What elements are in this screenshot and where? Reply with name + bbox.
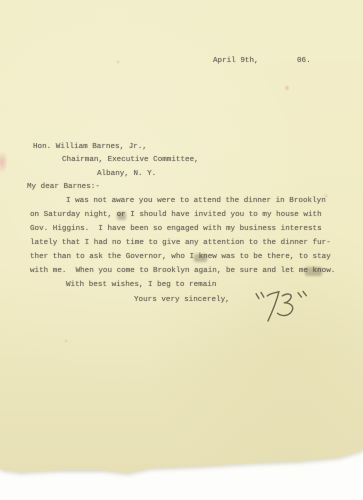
ink-smudge [194,254,207,262]
signature-glyph [251,284,312,328]
body-line: ther than to ask the Governor, who I kne… [30,254,331,262]
ink-smudge [117,212,126,220]
salutation: My dear Barnes:- [27,184,100,192]
closing-line: Yours very sincerely, [134,297,230,305]
body-line: with me. When you come to Brooklyn again… [30,268,335,276]
paper-shadow-wrap: April 9th, 06. Hon. William Barnes, Jr.,… [0,0,363,500]
scanned-letter-page: April 9th, 06. Hon. William Barnes, Jr.,… [0,0,363,500]
body-line: Gov. Higgins. I have been so engaged wit… [30,226,322,234]
ink-smudge [305,267,322,276]
letter-paper: April 9th, 06. Hon. William Barnes, Jr.,… [0,0,363,476]
recipient-name: Hon. William Barnes, Jr., [33,144,147,152]
recipient-city: Albany, N. Y. [97,171,156,179]
body-line: on Saturday night, or I should have invi… [30,212,322,220]
recipient-title: Chairman, Executive Committee, [62,157,199,165]
signature-handwritten [251,284,312,328]
body-line: lately that I had no time to give any at… [30,240,331,248]
letter-date: April 9th, [213,58,259,66]
body-line: With best wishes, I beg to remain [66,282,216,290]
body-line: I was not aware you were to attend the d… [66,198,326,206]
letter-year: 06. [297,58,311,66]
